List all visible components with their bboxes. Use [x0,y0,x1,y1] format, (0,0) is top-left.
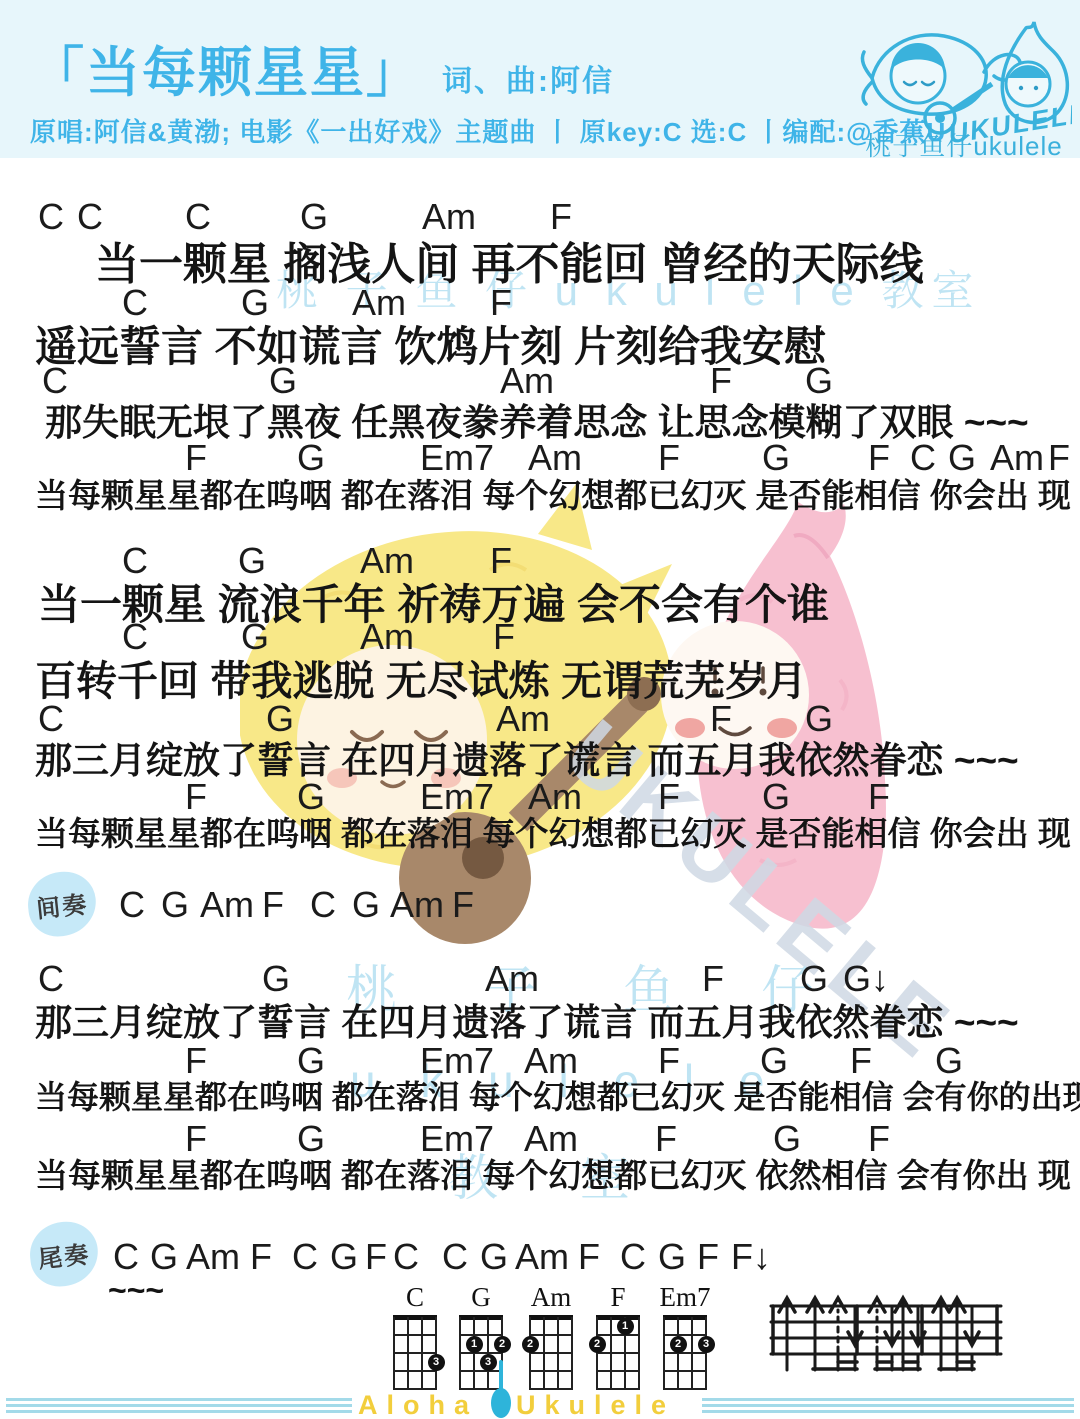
song-subtitle: 原唱:阿信&黄渤; 电影《一出好戏》主题曲 丨 原key:C 选:C 丨编配:@… [30,112,946,149]
strum-pattern [765,1290,1010,1385]
chord-symbol: G [161,884,189,926]
lyric-line: 当每颗星星都在呜咽 都在落泪 每个幻想都已幻灭 是否能相信 你会出 现 [0,808,1080,854]
chord-diagram-label: Am [519,1283,583,1311]
studio-name: 桃子鱼仔ukulele [856,126,1072,163]
finger-dot: 2 [670,1336,687,1353]
chord-symbol: G [352,884,380,926]
fretboard-grid: 12 [595,1313,641,1393]
lyric-text: 当每颗星星都在呜咽 都在落泪 每个幻想都已幻灭 是否能相信 你会出 现 [35,808,1071,855]
lyric-line: 当每颗星星都在呜咽 都在落泪 每个幻想都已幻灭 是否能相信 会有你的出现 [0,1072,1080,1118]
chord-symbol: Am [200,884,254,926]
lyric-line: 当每颗星星都在呜咽 都在落泪 每个幻想都已幻灭 依然相信 会有你出 现 [0,1150,1080,1196]
finger-dot: 2 [589,1336,606,1353]
chord-diagram-Am: Am2 [528,1283,574,1393]
header-bar: 「当每颗星星」 词、曲:阿信 原唱:阿信&黄渤; 电影《一出好戏》主题曲 丨 原… [0,0,1080,158]
chord-line: CGAmFCGAmF [0,884,1080,930]
finger-dot: 1 [466,1336,483,1353]
finger-dot: 3 [698,1336,715,1353]
chord-diagram-Em7: Em723 [662,1283,708,1393]
footer-rule-right [702,1398,1074,1414]
chord-diagram-C: C3 [392,1283,438,1393]
composer-credit: 词、曲:阿信 [442,56,614,100]
lyric-line: 那三月绽放了誓言 在四月遗落了谎言 而五月我依然眷恋 ~~~ [0,992,1080,1038]
lyric-line: 百转千回 带我逃脱 无尽试炼 无谓荒芜岁月 [0,648,1080,694]
finger-dot: 3 [428,1354,445,1371]
song-sheet: UKULELE 桃 子 鱼 仔 u k u l e l e 教室 桃 子 鱼 仔… [0,0,1080,1419]
chord-diagram-label: C [383,1283,447,1311]
song-title: 「当每颗星星」 [30,30,422,107]
footer-text-ukulele: Ukulele [516,1390,675,1419]
chord-diagram-F: F12 [595,1283,641,1393]
lyric-text: 当每颗星星都在呜咽 都在落泪 每个幻想都已幻灭 是否能相信 会有你的出现 [35,1072,1080,1118]
lyric-line: 那失眠无垠了黑夜 任黑夜豢养着思念 让思念模糊了双眼 ~~~ [0,392,1080,438]
chord-symbol: C [310,884,336,926]
finger-dot: 1 [617,1318,634,1335]
lyric-text: 当每颗星星都在呜咽 都在落泪 每个幻想都已幻灭 依然相信 会有你出 现 [35,1150,1071,1197]
finger-dot: 2 [494,1336,511,1353]
lyric-line: 遥远誓言 不如谎言 饮鸩片刻 片刻给我安慰 [0,314,1080,360]
chord-diagram-label: G [449,1283,513,1311]
title-row: 「当每颗星星」 词、曲:阿信 [30,30,614,107]
chord-symbol: F [262,884,284,926]
ukulele-paddle-icon [490,1360,512,1419]
finger-dot: 2 [522,1336,539,1353]
chord-symbol: C [119,884,145,926]
fretboard-grid: 3 [392,1313,438,1393]
lyric-line: 那三月绽放了誓言 在四月遗落了谎言 而五月我依然眷恋 ~~~ [0,730,1080,776]
footer-rule-left [6,1398,352,1414]
lyric-line: 当一颗星 搁浅人间 再不能回 曾经的天际线 [0,228,1080,274]
chord-diagram-label: F [586,1283,650,1311]
lyric-line: 当每颗星星都在呜咽 都在落泪 每个幻想都已幻灭 是否能相信 你会出 现 [0,470,1080,516]
chord-symbol: Am [390,884,444,926]
lyric-text: 当每颗星星都在呜咽 都在落泪 每个幻想都已幻灭 是否能相信 你会出 现 [35,470,1071,517]
chord-symbol: F [452,884,474,926]
fretboard-grid: 23 [662,1313,708,1393]
lyric-text: 那三月绽放了誓言 在四月遗落了谎言 而五月我依然眷恋 ~~~ [35,992,1019,1046]
footer-text-aloha: Aloha [358,1390,478,1419]
fretboard-grid: 2 [528,1313,574,1393]
lyric-line: 当一颗星 流浪千年 祈祷万遍 会不会有个谁 [0,572,1080,618]
chord-diagram-label: Em7 [653,1283,717,1311]
score-area: CCCGAmF当一颗星 搁浅人间 再不能回 曾经的天际线CGAmF遥远誓言 不如… [0,0,1080,1419]
